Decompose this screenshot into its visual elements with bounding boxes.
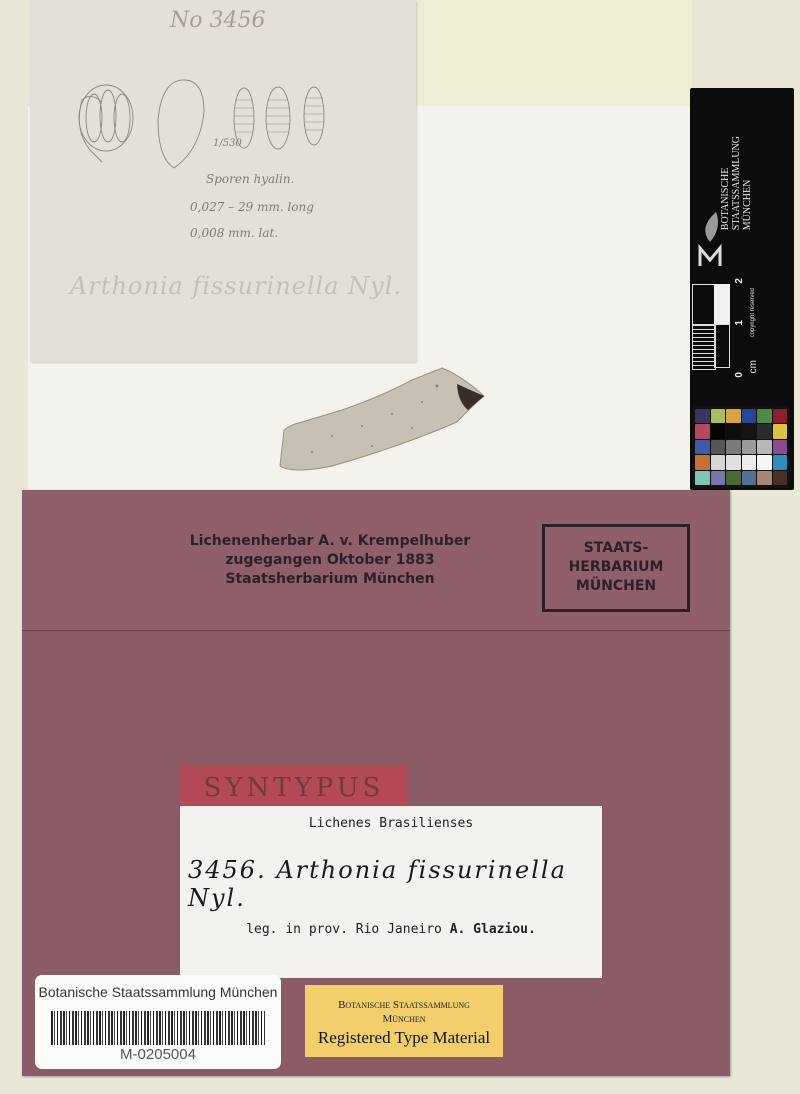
scale-segment [714,324,730,368]
color-patch [711,424,726,438]
color-patch [757,471,772,485]
type-label-line-2: München [305,1013,503,1025]
type-label-line-3: Registered Type Material [305,1028,503,1048]
color-patch [695,409,710,423]
scale-institution-line: Staatssammlung [731,136,742,230]
color-patch [711,471,726,485]
stamp-line: MÜNCHEN [545,577,687,596]
color-patch [773,440,788,454]
scale-unit: cm [748,360,759,373]
color-patch [711,409,726,423]
note-line-2: 0,027 – 29 mm. long [190,200,314,214]
syntypus-tag: SYNTYPUS [180,765,408,807]
specimen-label: Lichenes Brasilienses 3456. Arthonia fis… [180,806,602,978]
label-species: 3456. Arthonia fissurinella Nyl. [188,856,602,912]
color-patch [742,424,757,438]
scale-bar: Botanische Staatssammlung München 0 1 2 … [690,88,794,490]
scale-mm-ticks [692,324,716,370]
color-patch [695,471,710,485]
scale-institution-line: Botanische [720,168,731,231]
color-patch [742,409,757,423]
stamp-line: HERBARIUM [545,558,687,577]
color-patch [757,455,772,469]
stamp-line: STAATS- [545,539,687,558]
color-patch [742,471,757,485]
label-collector: leg. in prov. Rio Janeiro A. Glaziou. [180,922,602,937]
color-patch [726,409,741,423]
color-patch [773,455,788,469]
copyright-note: copyright reserved [750,288,756,337]
type-label-line-1: Botanische Staatssammlung [305,999,503,1011]
color-patch [726,440,741,454]
scale-tick-1: 1 [734,320,745,326]
color-patch [711,455,726,469]
stamp-line: Lichenenherbar A. v. Krempelhuber [180,532,480,551]
color-patch [695,424,710,438]
collector-prefix: leg. in prov. Rio Janeiro [246,922,442,937]
color-patch [757,424,772,438]
scale-institution: Botanische Staatssammlung München [720,136,753,230]
scale-institution-line: München [742,180,753,231]
specimen-id: M-0205004 [35,1046,281,1063]
scale-segment [692,284,715,326]
institution-stamp: STAATS- HERBARIUM MÜNCHEN [542,524,690,612]
color-patch [695,455,710,469]
color-patch [742,440,757,454]
drawing-sheet: No 3456 1/530 Sporen hyalin. 0,027 – 29 … [30,0,416,362]
color-patch [742,455,757,469]
color-patch [773,409,788,423]
color-patch [773,471,788,485]
color-patch [757,440,772,454]
scale-segment-white [714,284,730,324]
label-heading: Lichenes Brasilienses [180,816,602,831]
color-patch [726,424,741,438]
collector-name: A. Glaziou. [450,922,536,937]
scale-note: 1/530 [213,138,242,149]
barcode-icon [51,1011,265,1045]
scale-tick-2: 2 [734,278,745,284]
type-material-label: Botanische Staatssammlung München Regist… [305,985,503,1057]
color-calibration-chart [692,406,790,488]
stamp-line: Staatsherbarium München [180,570,480,589]
color-patch [726,455,741,469]
scale-tick-0: 0 [734,372,745,378]
barcode-institution: Botanische Staatssammlung München [35,984,281,1000]
mounting-sheet-top [416,0,692,106]
color-patch [695,440,710,454]
stamp-line: zugegangen Oktober 1883 [180,551,480,570]
note-line-3: 0,008 mm. lat. [190,226,278,240]
color-patch [726,471,741,485]
color-patch [711,440,726,454]
barcode-label: Botanische Staatssammlung München M-0205… [35,975,281,1069]
color-patch [757,409,772,423]
lichen-specimen-icon [272,366,490,474]
note-line-1: Sporen hyalin. [206,172,294,186]
color-patch [773,424,788,438]
species-script: Arthonia fissurinella Nyl. [70,272,402,300]
provenance-stamp: Lichenenherbar A. v. Krempelhuber zugega… [180,532,480,589]
